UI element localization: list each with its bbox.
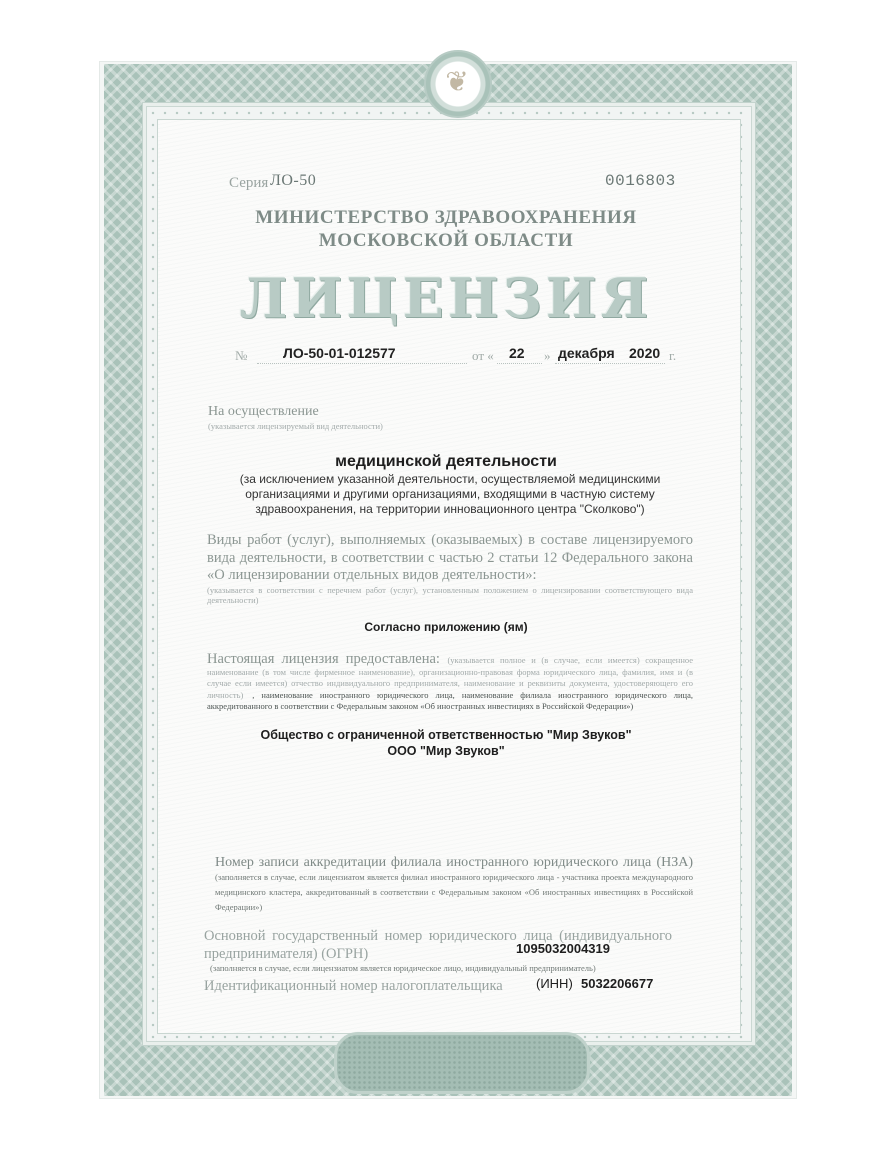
day-close: » bbox=[544, 348, 551, 364]
year-suffix: г. bbox=[669, 348, 676, 364]
ministry-line-2: МОСКОВСКОЙ ОБЛАСТИ bbox=[0, 230, 892, 252]
from-label: от « bbox=[472, 348, 494, 364]
nza-label: Номер записи аккредитации филиала иностр… bbox=[215, 855, 651, 870]
ministry-line-1: МИНИСТЕРСТВО ЗДРАВООХРАНЕНИЯ bbox=[0, 207, 892, 229]
nza-abbr: (НЗА) bbox=[656, 855, 693, 870]
ogrn-value: 1095032004319 bbox=[516, 941, 610, 956]
works-hint: (указывается в соответствии с перечнем р… bbox=[207, 585, 693, 605]
licensee-block: Настоящая лицензия предоставлена: (указы… bbox=[207, 654, 693, 712]
number-label: № bbox=[235, 348, 247, 364]
works-text: Виды работ (услуг), выполняемых (оказыва… bbox=[207, 532, 693, 585]
licensee-short-name: ООО "Мир Звуков" bbox=[0, 744, 892, 758]
license-number-row: № ЛО-50-01-012577 от « 22 » декабря 2020… bbox=[235, 343, 685, 367]
nza-hint: (заполняется в случае, если лицензиатом … bbox=[215, 872, 693, 912]
inn-label: Идентификационный номер налогоплательщик… bbox=[204, 978, 503, 995]
license-year: 2020 bbox=[629, 345, 660, 361]
document-title: ЛИЦЕНЗИЯ bbox=[0, 266, 892, 330]
activity-title: медицинской деятельности bbox=[0, 453, 892, 471]
licensee-label: Настоящая лицензия предоставлена: bbox=[207, 651, 440, 667]
license-month: декабря bbox=[558, 345, 615, 361]
serial-number: 0016803 bbox=[605, 172, 676, 190]
license-number: ЛО-50-01-012577 bbox=[283, 345, 396, 361]
licensee-full-name: Общество с ограниченной ответственностью… bbox=[0, 728, 892, 742]
series-label: Серия bbox=[229, 175, 268, 192]
coat-of-arms-icon: ❦ bbox=[440, 66, 474, 100]
activity-hint: (указывается лицензируемый вид деятельно… bbox=[208, 421, 383, 431]
bottom-cartouche bbox=[334, 1032, 590, 1094]
inn-value: 5032206677 bbox=[581, 976, 653, 991]
license-day: 22 bbox=[509, 345, 525, 361]
activity-note: (за исключением указанной деятельности, … bbox=[200, 472, 700, 517]
works-value: Согласно приложению (ям) bbox=[0, 620, 892, 634]
ogrn-hint: (заполняется в случае, если лицензиатом … bbox=[210, 963, 596, 973]
activity-label: На осуществление bbox=[208, 404, 319, 420]
nza-block: Номер записи аккредитации филиала иностр… bbox=[215, 855, 693, 914]
series-value: ЛО-50 bbox=[270, 172, 316, 190]
ogrn-label-line2: предпринимателя) (ОГРН) bbox=[204, 946, 368, 963]
licensee-hint-foreign: , наименование иностранного юридического… bbox=[207, 690, 693, 712]
inn-abbr: (ИНН) bbox=[536, 976, 573, 991]
